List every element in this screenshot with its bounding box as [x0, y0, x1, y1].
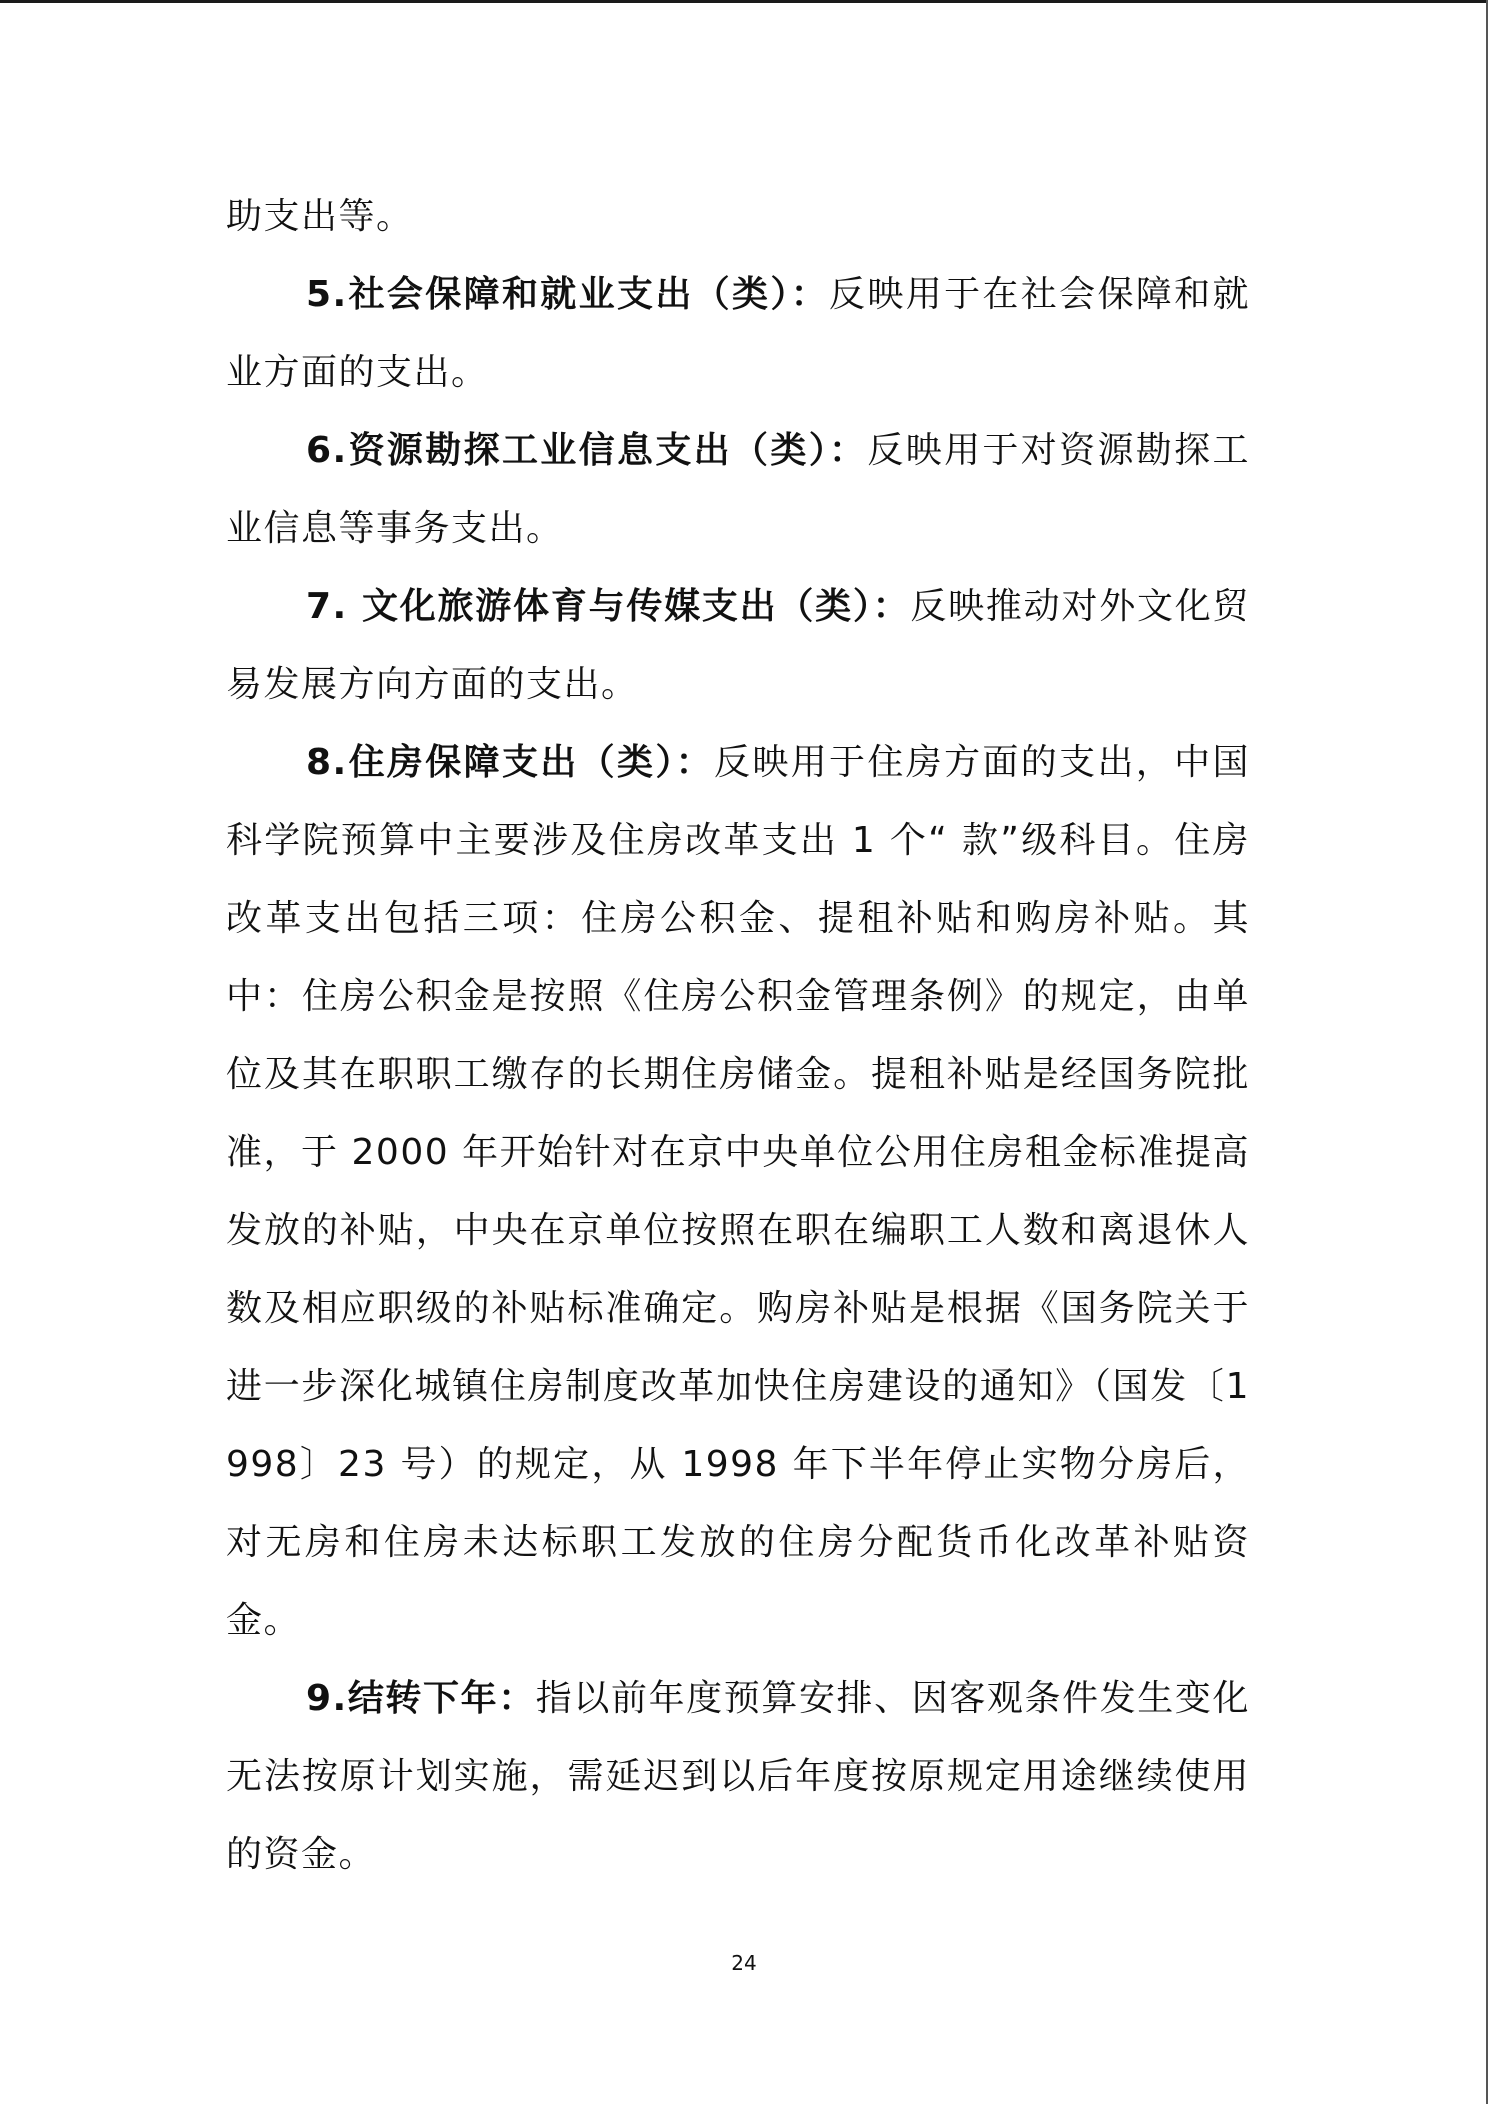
page-top-border	[0, 0, 1488, 3]
paragraph-body: 助支出等。	[226, 196, 414, 237]
paragraph-carryover: 9.结转下年：指以前年度预算安排、因客观条件发生变化无法按原计划实施，需延迟到以…	[226, 1660, 1250, 1894]
paragraph-continuation: 助支出等。	[226, 178, 1250, 256]
paragraph-term: 7. 文化旅游体育与传媒支出（类）：	[306, 586, 910, 627]
paragraph-term: 6.资源勘探工业信息支出（类）：	[306, 430, 867, 471]
paragraph-term: 8.住房保障支出（类）：	[306, 742, 714, 783]
page-number: 24	[0, 1950, 1488, 1976]
paragraph-body: 反映用于住房方面的支出，中国科学院预算中主要涉及住房改革支出 1 个“ 款”级科…	[226, 742, 1250, 1641]
document-page: 助支出等。 5.社会保障和就业支出（类）：反映用于在社会保障和就业方面的支出。 …	[226, 178, 1250, 1894]
paragraph-term: 5.社会保障和就业支出（类）：	[306, 274, 829, 315]
paragraph-culture-tourism: 7. 文化旅游体育与传媒支出（类）：反映推动对外文化贸易发展方向方面的支出。	[226, 568, 1250, 724]
paragraph-term: 9.结转下年：	[306, 1678, 536, 1719]
paragraph-social-security: 5.社会保障和就业支出（类）：反映用于在社会保障和就业方面的支出。	[226, 256, 1250, 412]
paragraph-resource-exploration: 6.资源勘探工业信息支出（类）：反映用于对资源勘探工业信息等事务支出。	[226, 412, 1250, 568]
paragraph-housing-security: 8.住房保障支出（类）：反映用于住房方面的支出，中国科学院预算中主要涉及住房改革…	[226, 724, 1250, 1660]
